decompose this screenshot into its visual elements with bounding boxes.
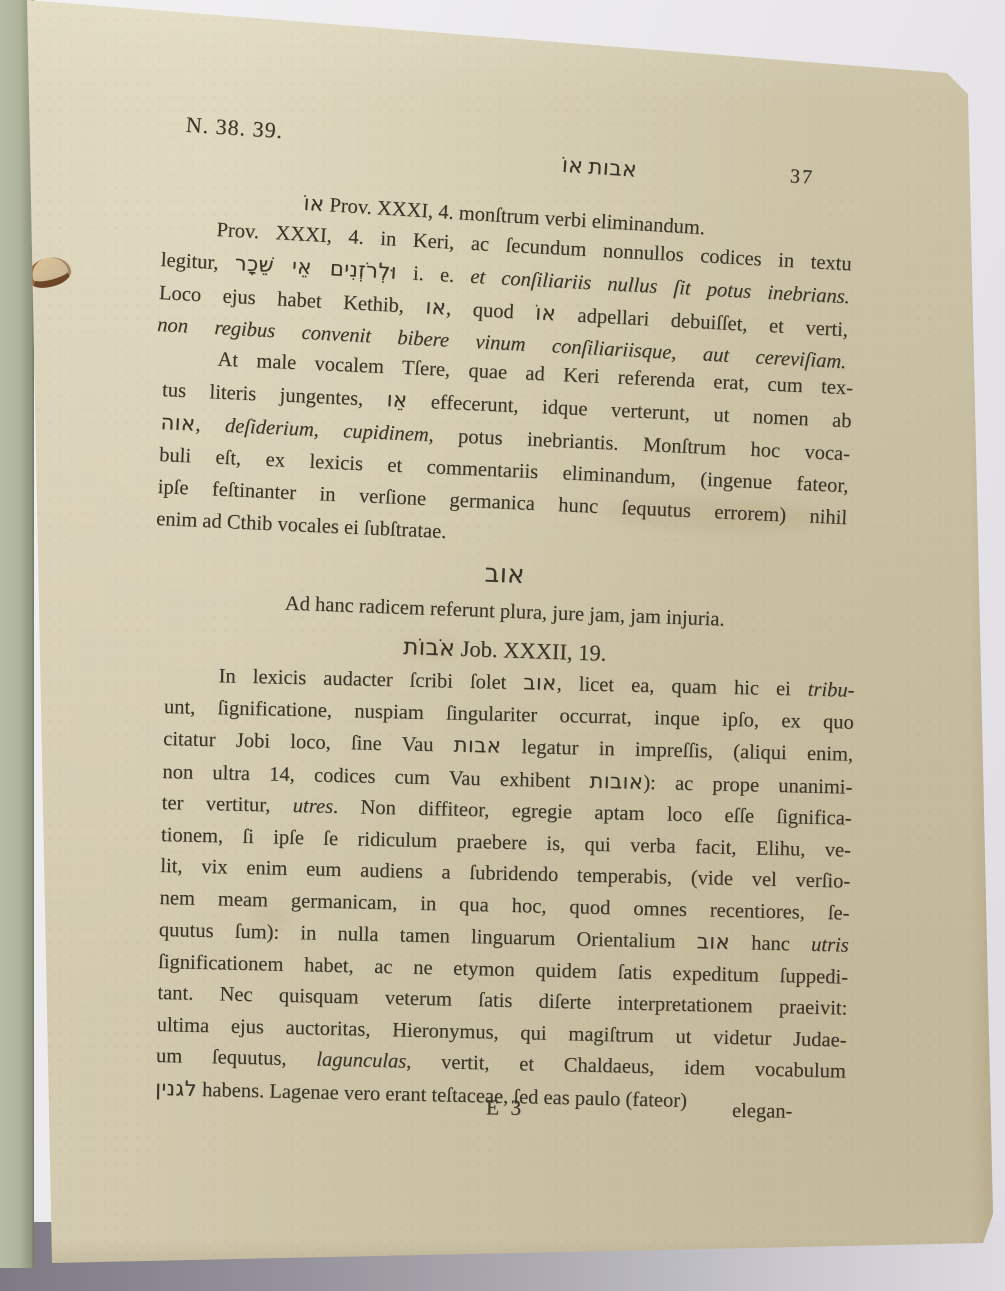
hebrew-text: אוב	[697, 929, 731, 954]
page-header: N. 38. 39. אבות אוֹ	[159, 110, 849, 182]
running-head-word-o: אוֹ	[561, 153, 584, 179]
signature-mark: E 3	[486, 1095, 525, 1120]
hebrew-text: אבות	[454, 733, 502, 758]
catchword: elegan-	[732, 1100, 793, 1124]
paragraph-tsere: At male vocalem Tſere, quae ad Keri refe…	[156, 341, 854, 566]
latin-text: citatur Jobi loco, ſine Vau	[163, 728, 454, 757]
latin-text: i. e.	[396, 262, 471, 288]
hebrew-text: אֵו	[386, 387, 408, 412]
page-text: אוֹ Prov. XXXI, 4. monſtrum verbi elimin…	[160, 178, 850, 1105]
latin-text: , vertit, et Chaldaeus, idem vocabulum	[406, 1051, 846, 1083]
latin-text: deſiderium, cupidinem	[225, 415, 430, 446]
hebrew-text: אֹבוֹת	[403, 634, 456, 662]
latin-text: tus literis jungentes,	[162, 379, 388, 411]
latin-text: legatur in impreſſis, (aliqui enim,	[501, 736, 853, 766]
photo-background: N. 38. 39. אבות אוֹ 37 אוֹ Prov. XXXI, 4…	[0, 0, 1005, 1291]
hebrew-text: אוה	[160, 410, 196, 436]
latin-text: . Non diffiteor, egregie aptam loco eſſe…	[333, 796, 852, 830]
hebrew-text: אוב	[484, 558, 525, 590]
latin-text: ,	[195, 414, 226, 437]
book-flyleaf-edge	[0, 0, 34, 1268]
page-footer: E 3 elegan-	[160, 1092, 850, 1133]
latin-text: , quod	[446, 298, 536, 325]
latin-text: Job. XXXII, 19.	[455, 636, 607, 666]
hebrew-text: אובות	[589, 768, 643, 793]
book-page: N. 38. 39. אבות אוֹ 37 אוֹ Prov. XXXI, 4…	[0, 0, 1005, 1291]
latin-text: ): ac prope unanimi-	[643, 771, 852, 798]
latin-text: , licet ea, quam hic ei	[556, 673, 808, 701]
paragraph-lexicis: In lexicis audacter ſcribi ſolet אוב, li…	[155, 659, 855, 1121]
latin-text: ter vertitur,	[162, 792, 294, 817]
latin-text: hanc	[730, 932, 812, 956]
hebrew-text: או	[425, 294, 447, 319]
latin-text: In lexicis audacter ſcribi ſolet	[218, 665, 523, 694]
latin-text: utres	[293, 795, 334, 818]
hebrew-text: אוב	[523, 670, 557, 695]
latin-text: non ultra 14, codices cum Vau exhibent	[162, 761, 590, 793]
latin-text: tribu-	[808, 679, 855, 702]
latin-text: um ſequutus,	[156, 1045, 317, 1071]
latin-text: utris	[811, 934, 849, 957]
gathering-number: N. 38. 39.	[185, 112, 284, 143]
hebrew-text: אוֹ	[535, 300, 557, 325]
latin-text: lagunculas	[316, 1049, 406, 1073]
hebrew-text: וּלְרֹזְנִים אֵי שֵׁכָר	[234, 251, 397, 284]
hebrew-text: אוֹ	[303, 191, 325, 216]
latin-text: legitur,	[160, 249, 235, 275]
latin-text: enim ad Cthib vocales ei ſubſtratae.	[156, 508, 447, 543]
